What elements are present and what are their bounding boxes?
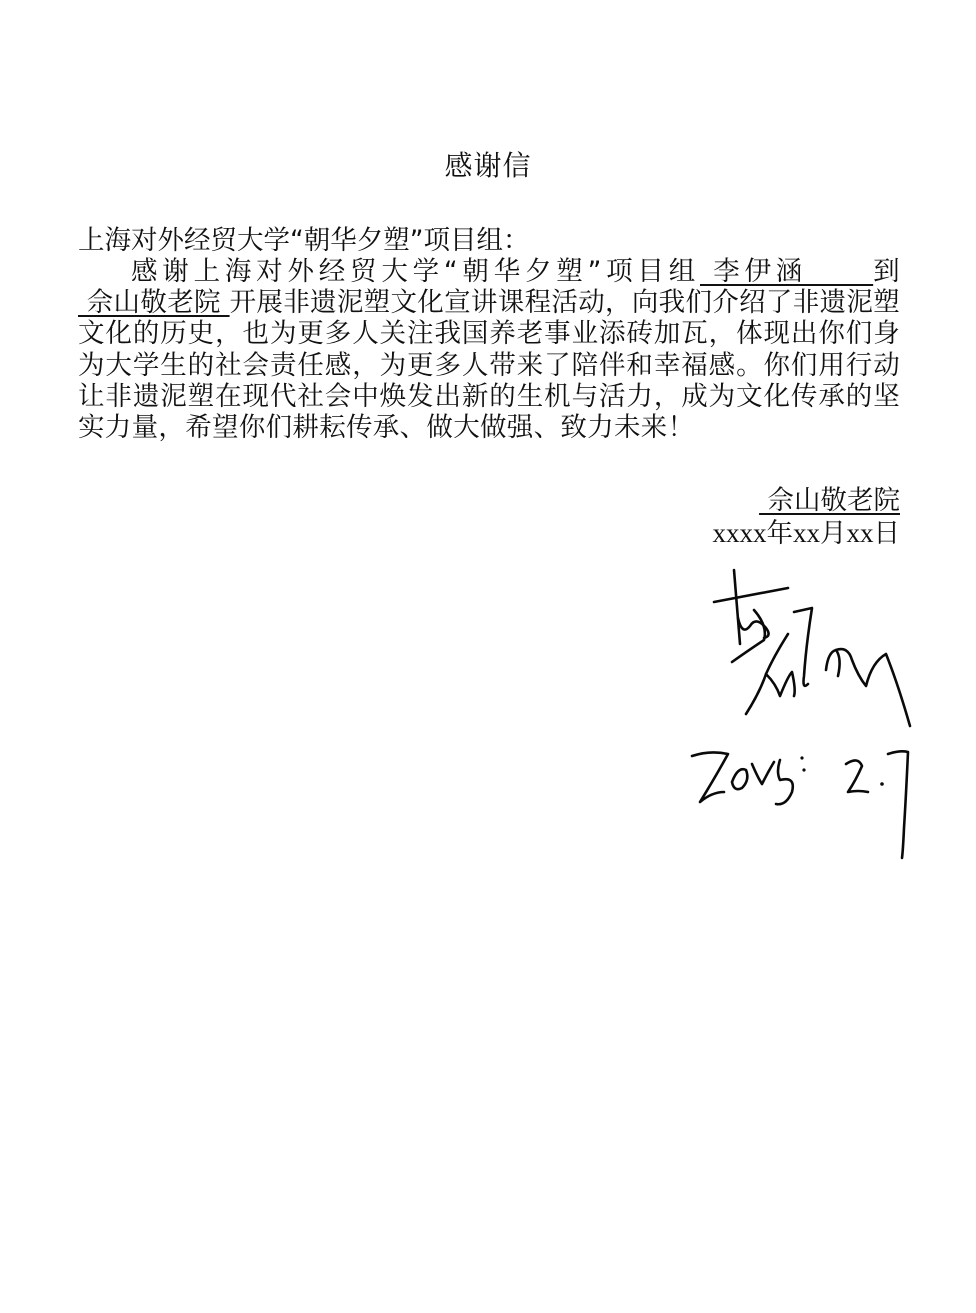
letter-title: 感谢信 — [0, 146, 976, 186]
signature-date: xxxx年xx月xx日 — [713, 517, 901, 550]
date-month-unit: 月 — [820, 518, 847, 549]
date-year-unit: 年 — [767, 518, 794, 549]
signature-block: 佘山敬老院 xxxx年xx月xx日 — [713, 484, 901, 550]
salutation: 上海对外经贸大学“朝华夕塑”项目组： — [78, 224, 529, 258]
body-text-part2: 到 — [873, 256, 900, 287]
body-text-part1: 感谢上海对外经贸大学“朝华夕塑”项目组 — [131, 256, 700, 287]
blank-institution-name: 佘山敬老院 — [78, 287, 230, 318]
letter-page: 感谢信 上海对外经贸大学“朝华夕塑”项目组： 感谢上海对外经贸大学“朝华夕塑”项… — [0, 0, 976, 1313]
blank-student-name: 李伊涵 — [700, 256, 873, 287]
date-month-placeholder: xx — [793, 518, 820, 548]
date-year-placeholder: xxxx — [713, 518, 767, 548]
date-day-placeholder: xx — [847, 518, 874, 548]
date-day-unit: 日 — [874, 518, 901, 549]
letter-body: 感谢上海对外经贸大学“朝华夕塑”项目组 李伊涵 到 佘山敬老院 开展非遗泥塑文化… — [78, 256, 900, 443]
signature-organization: 佘山敬老院 — [759, 485, 900, 516]
handwritten-signature-icon — [676, 566, 936, 866]
